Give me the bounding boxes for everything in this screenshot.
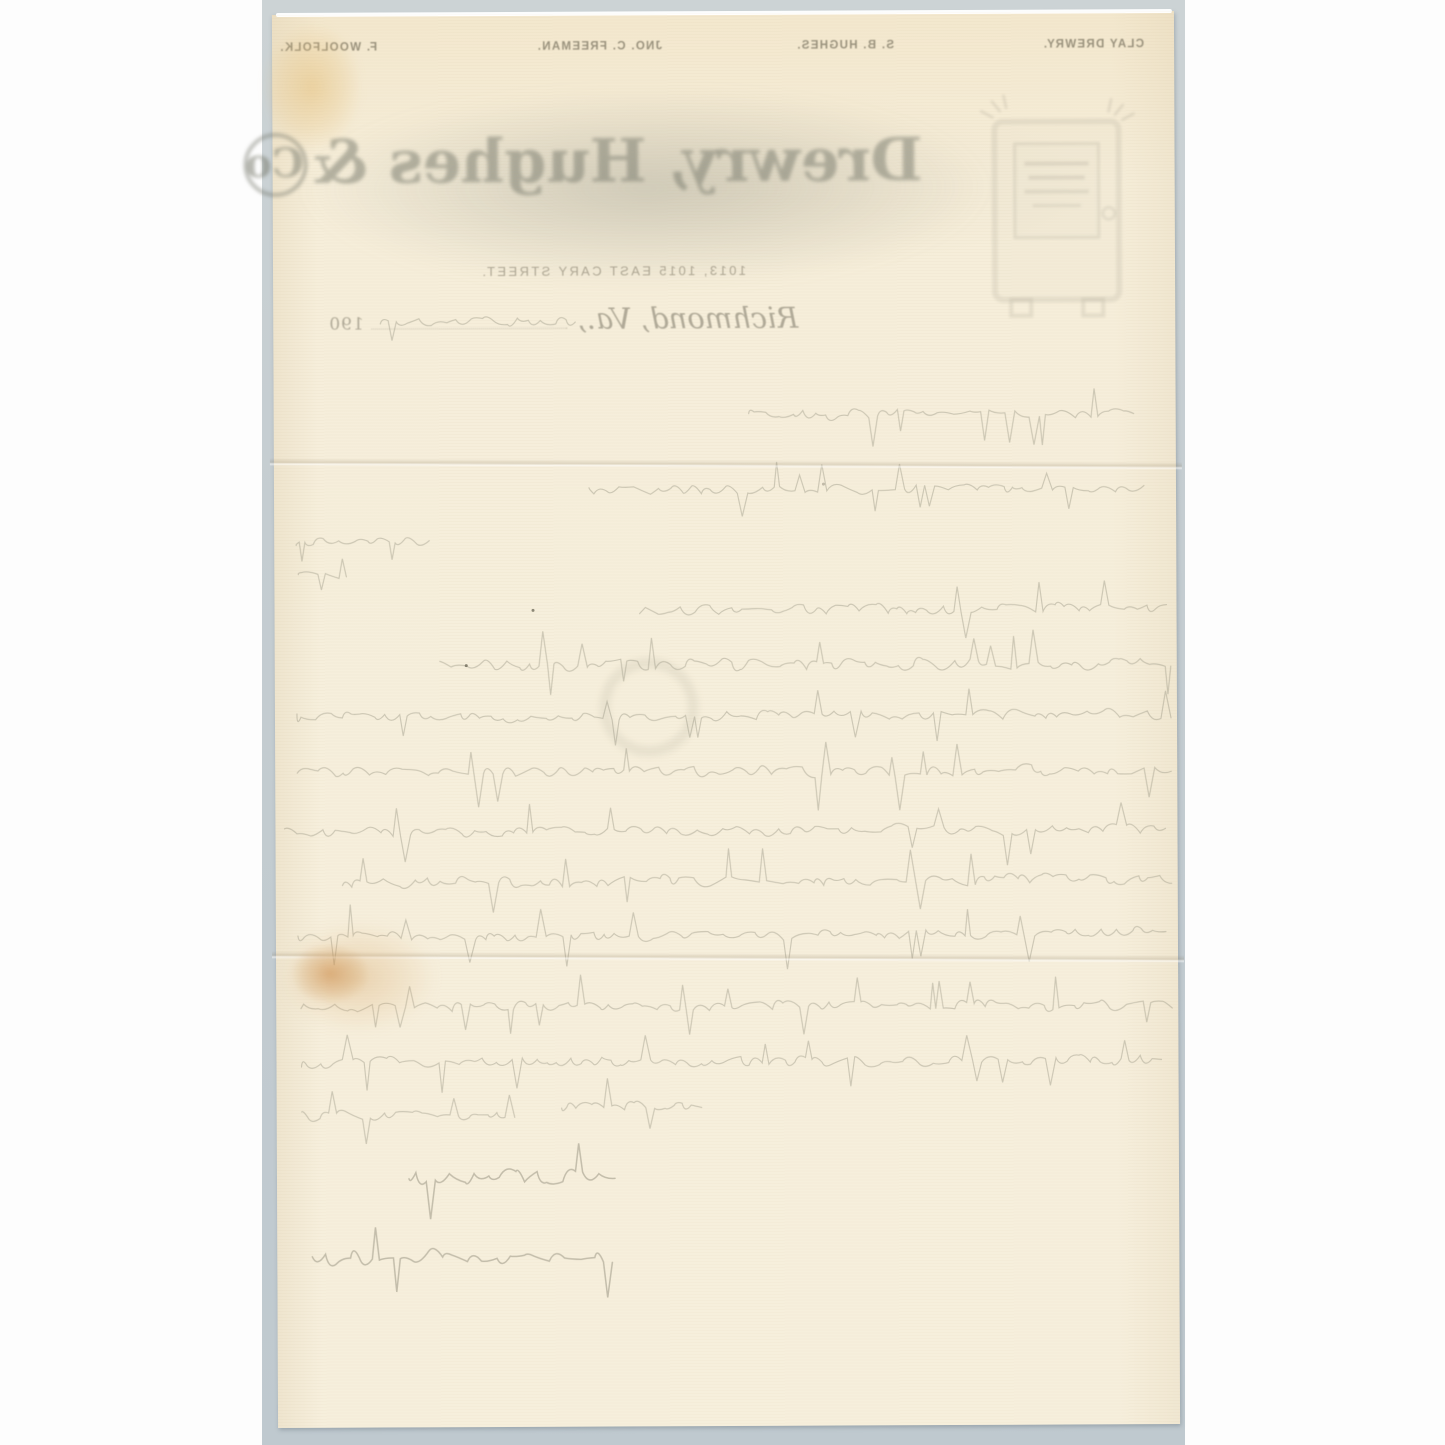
ink-speck: [822, 483, 825, 486]
handwriting-line: [342, 846, 1171, 913]
handwriting-line: [440, 629, 1171, 698]
handwriting-line: [562, 1078, 702, 1129]
handwriting-line: [302, 1091, 515, 1145]
backdrop-mat: CLAY DREWRY. S. B. HUGHES. JNO. C. FREEM…: [262, 0, 1185, 1445]
handwriting-line: [312, 1226, 612, 1298]
handwriting-svg: [272, 11, 1180, 1428]
handwriting-line: [298, 559, 346, 590]
handwriting-line: [284, 801, 1165, 868]
handwriting-line: [409, 1143, 615, 1219]
handwriting-line: [639, 580, 1166, 639]
letter-paper-verso: CLAY DREWRY. S. B. HUGHES. JNO. C. FREEM…: [272, 11, 1180, 1428]
ink-speck: [465, 664, 468, 667]
mirrored-showthrough-layer: CLAY DREWRY. S. B. HUGHES. JNO. C. FREEM…: [272, 11, 1180, 1428]
handwriting-line: [380, 316, 575, 340]
handwriting-line: [296, 538, 429, 562]
handwriting-line: [301, 972, 1173, 1036]
handwriting-line: [749, 388, 1134, 447]
photo-canvas: CLAY DREWRY. S. B. HUGHES. JNO. C. FREEM…: [0, 0, 1445, 1445]
handwriting-line: [301, 1031, 1161, 1093]
handwriting-line: [297, 740, 1171, 812]
ink-speck: [532, 609, 535, 612]
handwriting-line: [297, 688, 1171, 747]
